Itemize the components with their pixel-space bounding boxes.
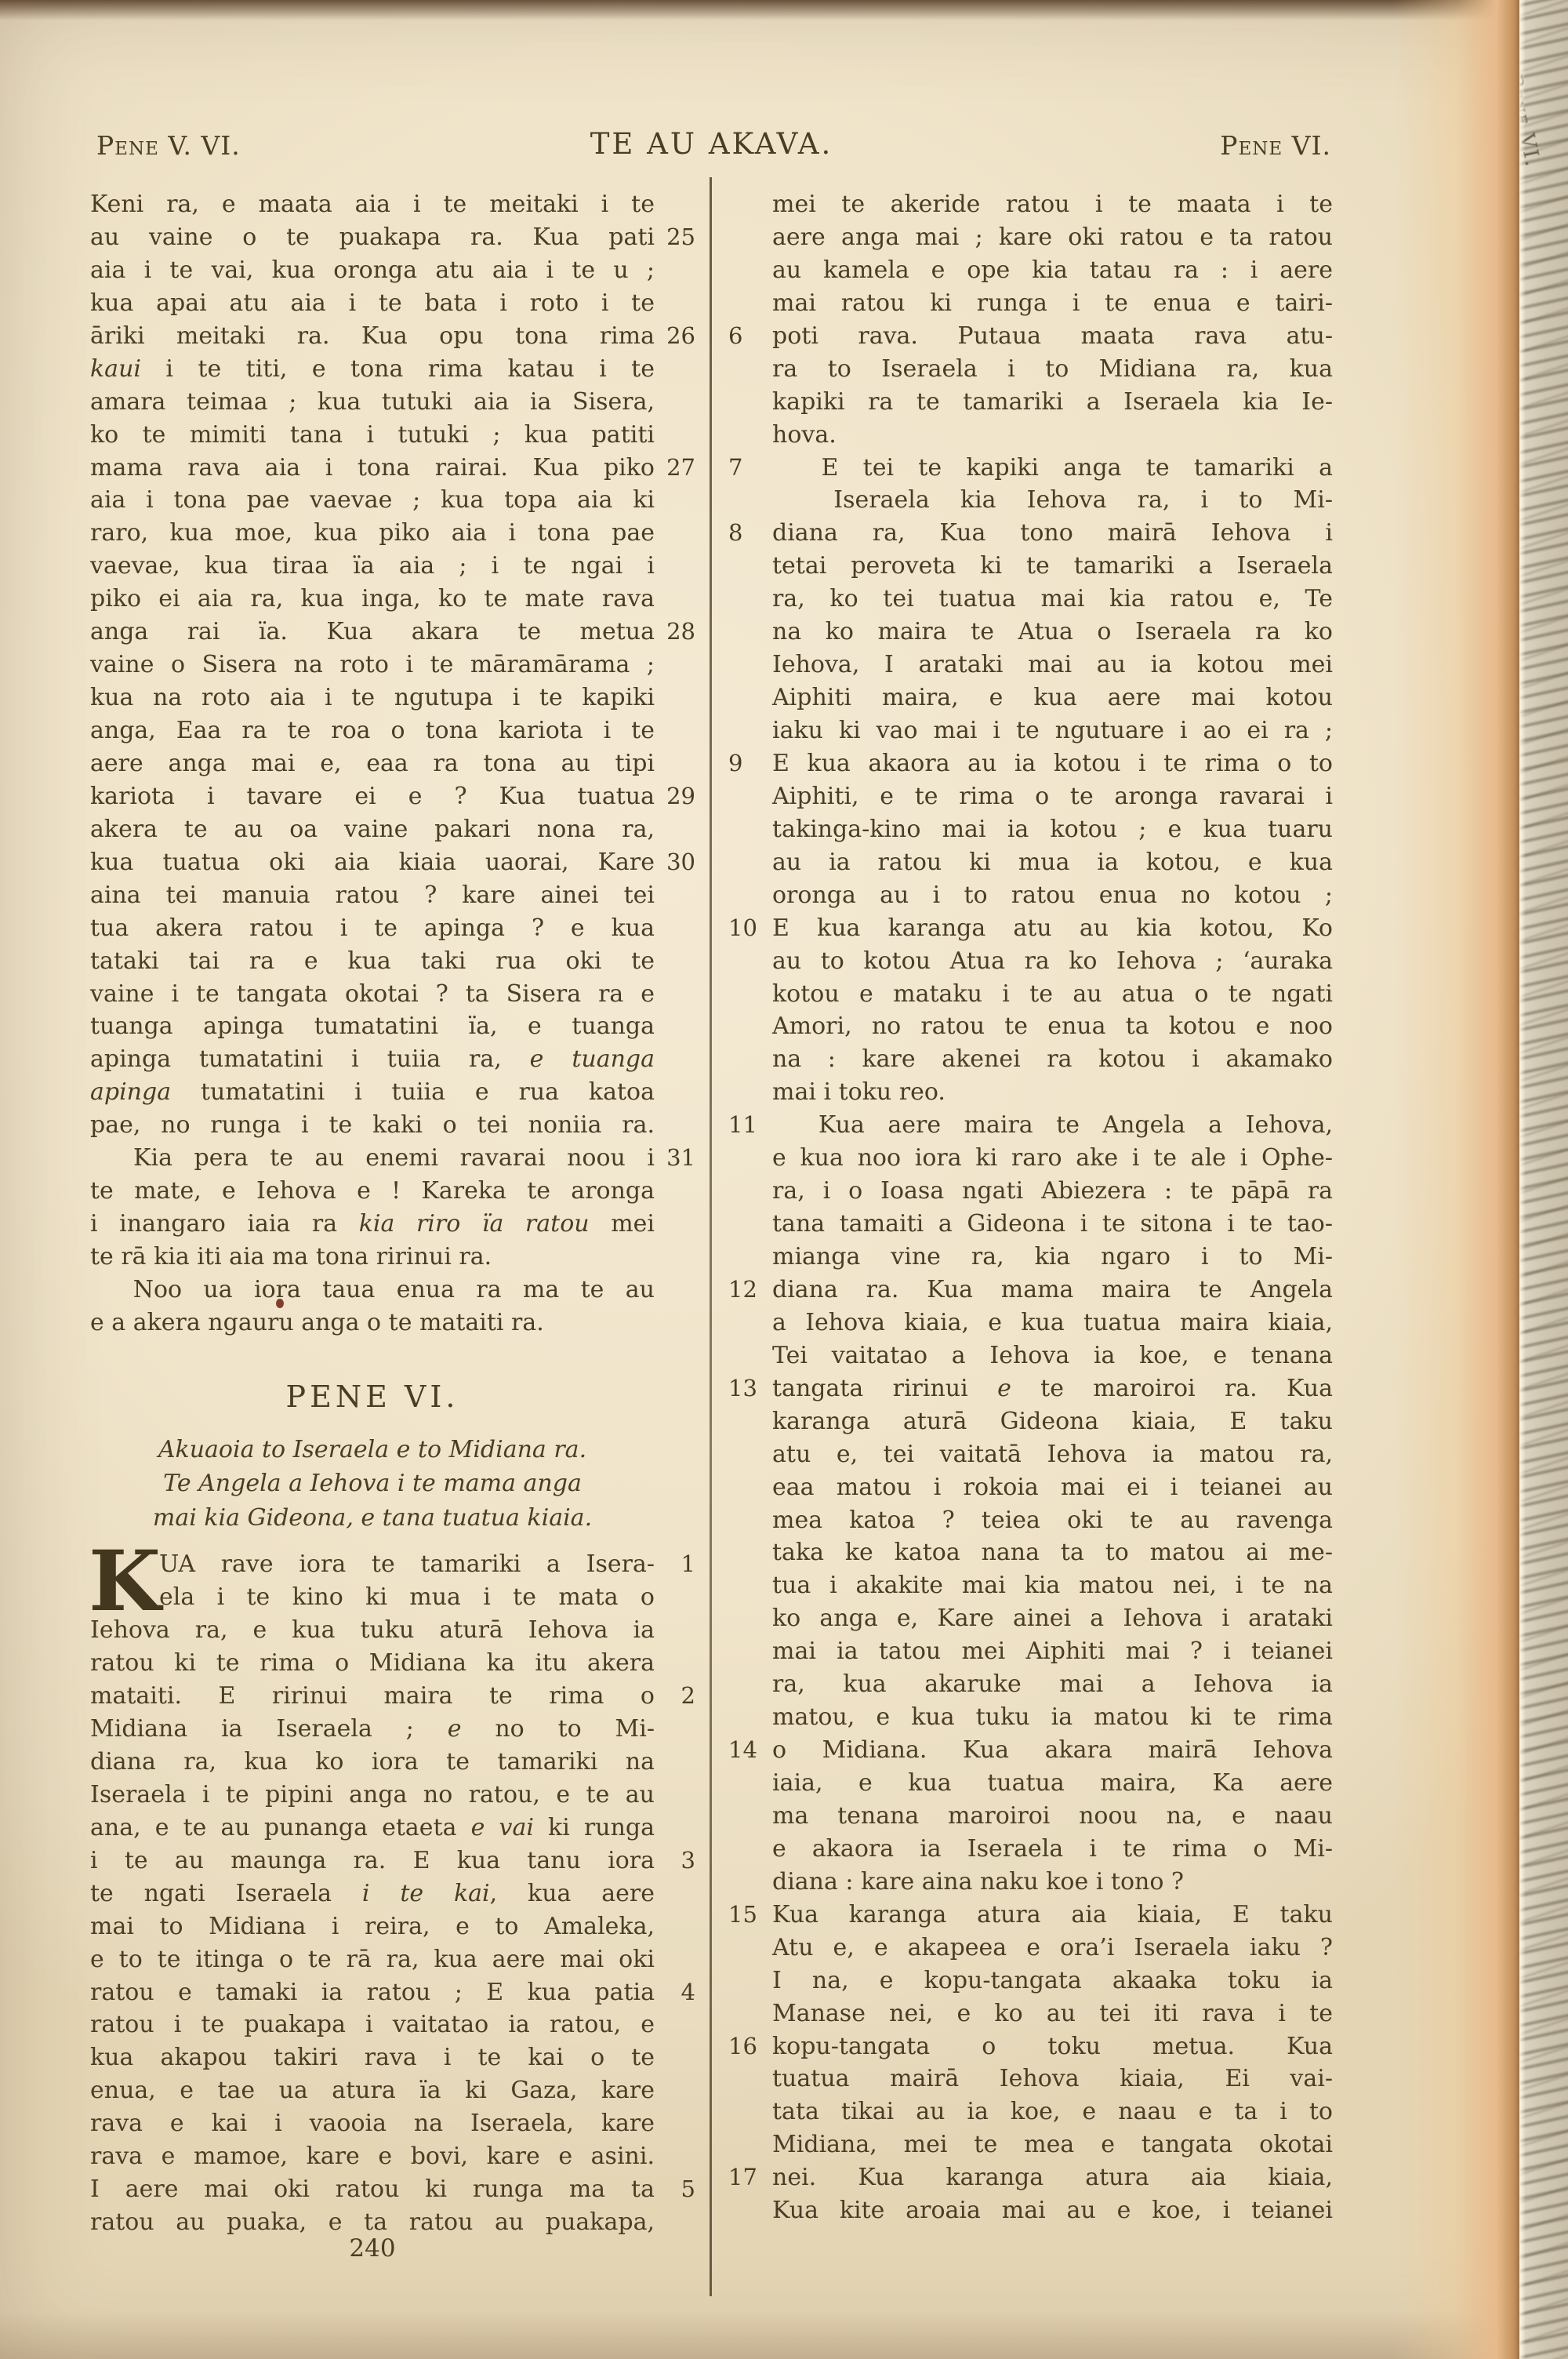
line-text: i inangaro iaia ra kia riro ïa ratou mei xyxy=(90,1210,655,1238)
text-line: kua apai atu aia i te bata i roto i te xyxy=(90,287,655,320)
line-text: mai i toku reo. xyxy=(772,1078,946,1106)
text-line: tata tikai au ia koe, e naau e ta i to xyxy=(772,2095,1333,2128)
text-line: ra to Iseraela i to Midiana ra, kua xyxy=(772,353,1333,386)
text-line: te rā kia iti aia ma tona ririnui ra. xyxy=(90,1241,655,1274)
text-line: 8diana ra, Kua tono mairā Iehova i xyxy=(772,517,1333,550)
text-line: a Iehova kiaia, e kua tuatua maira kiaia… xyxy=(772,1307,1333,1339)
text-line: Amori, no ratou te enua ta kotou e noo xyxy=(772,1010,1333,1043)
line-text: Amori, no ratou te enua ta kotou e noo xyxy=(772,1012,1333,1040)
verse-number: 16 xyxy=(728,2030,757,2063)
page-curve-shading xyxy=(1394,0,1519,2359)
line-text: mei te akeride ratou i te maata i te xyxy=(772,191,1333,218)
line-text: kotou e mataku i te au atua o te ngati xyxy=(772,980,1333,1008)
line-text: mea katoa ? teiea oki te au ravenga xyxy=(772,1507,1333,1534)
text-line: tataki tai ra e kua taki rua oki te xyxy=(90,945,655,978)
text-line: diana : kare aina naku koe i tono ? xyxy=(772,1866,1333,1899)
text-line: ana, e te au punanga etaeta e vai ki run… xyxy=(90,1812,655,1845)
text-line: ra, i o Ioasa ngati Abiezera : te pāpā r… xyxy=(772,1175,1333,1208)
text-line: Tei vaitatao a Iehova ia koe, e tenana xyxy=(772,1339,1333,1372)
line-text: Tei vaitatao a Iehova ia koe, e tenana xyxy=(772,1342,1333,1369)
text-line: takinga-kino mai ia kotou ; e kua tuaru xyxy=(772,813,1333,846)
line-text: Aiphiti, e te rima o te aronga ravarai i xyxy=(772,783,1333,810)
line-text: mai to Midiana i reira, e to Amaleka, xyxy=(90,1913,655,1940)
ghost-text: Pene VI. xyxy=(1519,72,1544,170)
text-line: 31 Kia pera te au enemi ravarai noou i xyxy=(90,1142,655,1175)
text-line: atu e, tei vaitatā Iehova ia matou ra, xyxy=(772,1438,1333,1471)
text-line: kua akapou takiri rava i te kai o te xyxy=(90,2041,655,2074)
line-text: I na, e kopu-tangata akaaka toku ia xyxy=(772,1967,1333,1994)
line-text: Iehova ra, e kua tuku aturā Iehova ia xyxy=(90,1616,655,1644)
text-line: e akaora ia Iseraela i te rima o Mi- xyxy=(772,1833,1333,1866)
line-text: Atu e, e akapeea e ora’i Iseraela iaku ? xyxy=(772,1934,1333,1961)
text-line: 26āriki meitaki ra. Kua opu tona rima xyxy=(90,320,655,353)
verse-number: 8 xyxy=(728,517,742,550)
text-line: hova. xyxy=(772,419,1333,452)
text-line: ela i te kino ki mua i te mata o xyxy=(90,1581,655,1614)
line-text: au to kotou Atua ra ko Iehova ; ʻauraka xyxy=(772,947,1333,975)
line-text: au kamela e ope kia tatau ra : i aere xyxy=(772,256,1333,284)
text-line: 5I aere mai oki ratou ki runga ma ta xyxy=(90,2173,655,2206)
text-line: te ngati Iseraela i te kai, kua aere xyxy=(90,1877,655,1910)
line-text: Manase nei, e ko au tei iti rava i te xyxy=(772,2000,1333,2027)
text-line: 2mataiti. E ririnui maira te rima o xyxy=(90,1680,655,1713)
verse-number: 5 xyxy=(681,2173,695,2206)
text-line: ratou i te puakapa i vaitatao ia ratou, … xyxy=(90,2008,655,2041)
line-text: tangata ririnui e te maroiroi ra. Kua xyxy=(772,1375,1333,1402)
text-line: enua, e tae ua atura ïa ki Gaza, kare xyxy=(90,2074,655,2107)
text-line: aere anga mai ; kare oki ratou e ta rato… xyxy=(772,221,1333,254)
text-line: ko anga e, Kare ainei a Iehova i arataki xyxy=(772,1602,1333,1635)
line-text: kua tuatua oki aia kiaia uaorai, Kare xyxy=(90,849,655,876)
line-text: Iseraela kia Iehova ra, i to Mi- xyxy=(772,486,1333,514)
line-text: ratou i te puakapa i vaitatao ia ratou, … xyxy=(90,2011,655,2038)
text-line: aina tei manuia ratou ? kare ainei tei xyxy=(90,879,655,912)
line-text: PENE VI. xyxy=(286,1379,459,1414)
text-line: apinga tumatatini i tuiia ra, e tuanga xyxy=(90,1043,655,1076)
line-text: aere anga mai ; kare oki ratou e ta rato… xyxy=(772,224,1333,251)
line-text: ra, i o Ioasa ngati Abiezera : te pāpā r… xyxy=(772,1177,1333,1205)
line-text: piko ei aia ra, kua inga, ko te mate rav… xyxy=(90,585,655,612)
line-text: karanga aturā Gideona kiaia, E taku xyxy=(772,1408,1333,1435)
line-text: matou, e kua tuku ia matou ki te rima xyxy=(772,1703,1333,1731)
text-line: amara teimaa ; kua tutuki aia ia Sisera, xyxy=(90,386,655,419)
verse-number: 14 xyxy=(728,1734,757,1767)
line-text: Kua karanga atura aia kiaia, E taku xyxy=(772,1901,1333,1928)
line-text: tetai peroveta ki te tamariki a Iseraela xyxy=(772,552,1333,580)
line-text: rava e mamoe, kare e bovi, kare e asini. xyxy=(90,2143,655,2170)
line-text: a Iehova kiaia, e kua tuatua maira kiaia… xyxy=(772,1309,1333,1336)
line-text: iaia, e kua tuatua maira, Ka aere xyxy=(772,1769,1333,1797)
line-text: ra, kua akaruke mai a Iehova ia xyxy=(772,1670,1333,1698)
line-text: mai ia tatou mei Aiphiti mai ? i teianei xyxy=(772,1637,1333,1665)
verse-number: 10 xyxy=(728,912,757,945)
line-text: te rā kia iti aia ma tona ririnui ra. xyxy=(90,1243,492,1270)
line-text: nei. Kua karanga atura aia kiaia, xyxy=(772,2164,1333,2191)
line-text: āriki meitaki ra. Kua opu tona rima xyxy=(90,322,655,350)
text-line: na : kare akenei ra kotou i akamako xyxy=(772,1043,1333,1076)
line-text: diana ra. Kua mama maira te Angela xyxy=(772,1276,1333,1303)
line-text: mai ratou ki runga i te enua e tairi- xyxy=(772,289,1333,317)
text-line: tua i akakite mai kia matou nei, i te na xyxy=(772,1569,1333,1602)
verse-number: 25 xyxy=(666,221,695,254)
column-divider-rule xyxy=(710,177,712,2296)
text-line: taka ke katoa nana ta to matou ai me- xyxy=(772,1536,1333,1569)
chapter-heading: PENE VI. xyxy=(90,1376,655,1417)
line-text: kopu-tangata o toku metua. Kua xyxy=(772,2033,1333,2060)
line-text: iaku ki vao mai i te ngutuare i ao ei ra… xyxy=(772,717,1333,744)
line-text: ma tenana maroiroi noou na, e naau xyxy=(772,1802,1333,1830)
book-page-photo: Pene V. VI. TE AU AKAVA. Pene VI. K Keni… xyxy=(0,0,1568,2359)
text-line: kaui i te titi, e tona rima katau i te xyxy=(90,353,655,386)
line-text: diana : kare aina naku koe i tono ? xyxy=(772,1868,1184,1896)
line-text: akera te au oa vaine pakari nona ra, xyxy=(90,816,655,843)
line-text: E kua karanga atu au kia kotou, Ko xyxy=(772,914,1333,942)
text-line: kotou e mataku i te au atua o te ngati xyxy=(772,978,1333,1011)
line-text: te ngati Iseraela i te kai, kua aere xyxy=(90,1880,655,1907)
line-text: Kua aere maira te Angela a Iehova, xyxy=(772,1111,1333,1139)
verse-number: 11 xyxy=(728,1109,757,1142)
text-line: 15Kua karanga atura aia kiaia, E taku xyxy=(772,1899,1333,1932)
text-line: iaia, e kua tuatua maira, Ka aere xyxy=(772,1767,1333,1800)
line-text: vaine i te tangata okotai ? ta Sisera ra… xyxy=(90,980,655,1008)
text-line: karanga aturā Gideona kiaia, E taku xyxy=(772,1405,1333,1438)
line-text: Midiana, mei te mea e tangata okotai xyxy=(772,2131,1333,2158)
text-line: eaa matou i rokoia mai ei i teianei au xyxy=(772,1471,1333,1504)
line-text: au vaine o te puakapa ra. Kua pati xyxy=(90,224,655,251)
line-text: ratou au puaka, e ta ratou au puakapa, xyxy=(90,2208,655,2236)
line-text: Iehova, I arataki mai au ia kotou mei xyxy=(772,651,1333,678)
text-line: rava e kai i vaooia na Iseraela, kare xyxy=(90,2107,655,2140)
line-text: e to te itinga o te rā ra, kua aere mai … xyxy=(90,1946,655,1973)
line-text: Akuaoia to Iseraela e to Midiana ra. xyxy=(158,1436,586,1463)
line-text: aia i tona pae vaevae ; kua topa aia ki xyxy=(90,486,655,514)
text-line: vaevae, kua tiraa ïa aia ; i te ngai i xyxy=(90,550,655,583)
text-line: aia i te vai, kua oronga atu aia i te u … xyxy=(90,254,655,287)
text-line: pae, no runga i te kaki o tei noniia ra. xyxy=(90,1109,655,1142)
text-line: Noo ua iora taua enua ra ma te au xyxy=(90,1274,655,1307)
text-line: au to kotou Atua ra ko Iehova ; ʻauraka xyxy=(772,945,1333,978)
text-line: ma tenana maroiroi noou na, e naau xyxy=(772,1800,1333,1833)
line-text: mianga vine ra, kia ngaro i to Mi- xyxy=(772,1243,1333,1270)
line-text: apinga tumatatini i tuiia ra, e tuanga xyxy=(90,1045,655,1073)
text-line: mai ia tatou mei Aiphiti mai ? i teianei xyxy=(772,1635,1333,1668)
verse-number: 31 xyxy=(666,1142,695,1175)
line-text: anga rai ïa. Kua akara te metua xyxy=(90,618,655,645)
line-text: tuanga apinga tumatatini ïa, e tuanga xyxy=(90,1012,655,1040)
line-text: au ia ratou ki mua ia kotou, e kua xyxy=(772,849,1333,876)
text-line: Aiphiti maira, e kua aere mai kotou xyxy=(772,682,1333,714)
line-text: enua, e tae ua atura ïa ki Gaza, kare xyxy=(90,2077,655,2104)
line-text: vaevae, kua tiraa ïa aia ; i te ngai i xyxy=(90,552,655,580)
line-text: i te au maunga ra. E kua tanu iora xyxy=(90,1847,655,1874)
text-line: 13tangata ririnui e te maroiroi ra. Kua xyxy=(772,1372,1333,1405)
text-line: 16kopu-tangata o toku metua. Kua xyxy=(772,2030,1333,2063)
line-text: raro, kua moe, kua piko aia i tona pae xyxy=(90,519,655,547)
line-text: ela i te kino ki mua i te mata o xyxy=(159,1583,655,1611)
text-line: e kua noo iora ki raro ake i te ale i Op… xyxy=(772,1142,1333,1175)
line-text: e kua noo iora ki raro ake i te ale i Op… xyxy=(772,1144,1333,1172)
line-text: ratou e tamaki ia ratou ; E kua patia xyxy=(90,1979,655,2006)
line-text: hova. xyxy=(772,421,837,449)
line-text: Keni ra, e maata aia i te meitaki i te xyxy=(90,191,655,218)
verse-number: 26 xyxy=(666,320,695,353)
text-line: 9E kua akaora au ia kotou i te rima o to xyxy=(772,747,1333,780)
text-line: e to te itinga o te rā ra, kua aere mai … xyxy=(90,1943,655,1976)
line-text: mataiti. E ririnui maira te rima o xyxy=(90,1682,655,1710)
ink-blemish xyxy=(276,1299,284,1308)
text-line: Midiana ia Iseraela ; e no to Mi- xyxy=(90,1713,655,1746)
line-text: tua akera ratou i te apinga ? e kua xyxy=(90,914,655,942)
line-text: ko te mimiti tana i tutuki ; kua patiti xyxy=(90,421,655,449)
line-text: ana, e te au punanga etaeta e vai ki run… xyxy=(90,1814,655,1841)
text-line: kapiki ra te tamariki a Iseraela kia Ie- xyxy=(772,386,1333,419)
line-text: tataki tai ra e kua taki rua oki te xyxy=(90,947,655,975)
text-line: e a akera ngauru anga o te mataiti ra. xyxy=(90,1307,655,1339)
text-line: Iehova, I arataki mai au ia kotou mei xyxy=(772,649,1333,682)
text-line: te mate, e Iehova e ! Kareka te aronga xyxy=(90,1175,655,1208)
line-text: ko anga e, Kare ainei a Iehova i arataki xyxy=(772,1605,1333,1632)
text-line: vaine o Sisera na roto i te māramārama ; xyxy=(90,649,655,682)
line-text: Aiphiti maira, e kua aere mai kotou xyxy=(772,684,1333,711)
text-line: tuanga apinga tumatatini ïa, e tuanga xyxy=(90,1010,655,1043)
line-text: E kua akaora au ia kotou i te rima o to xyxy=(772,750,1333,777)
line-text: e a akera ngauru anga o te mataiti ra. xyxy=(90,1309,544,1336)
text-line: iaku ki vao mai i te ngutuare i ao ei ra… xyxy=(772,714,1333,747)
verse-number: 27 xyxy=(666,452,695,485)
verse-number: 1 xyxy=(681,1548,695,1581)
text-line: aere anga mai e, eaa ra tona au tipi xyxy=(90,747,655,780)
text-line: tana tamaiti a Gideona i te sitona i te … xyxy=(772,1208,1333,1241)
text-line: 11 Kua aere maira te Angela a Iehova, xyxy=(772,1109,1333,1142)
line-text: tana tamaiti a Gideona i te sitona i te … xyxy=(772,1210,1333,1238)
chapter-summary-line: Te Angela a Iehova i te mama anga xyxy=(90,1467,655,1501)
text-line: oronga au i to ratou enua no kotou ; xyxy=(772,879,1333,912)
text-line: vaine i te tangata okotai ? ta Sisera ra… xyxy=(90,978,655,1011)
line-text: tata tikai au ia koe, e naau e ta i to xyxy=(772,2098,1333,2125)
verse-number: 12 xyxy=(728,1274,757,1307)
text-line: Manase nei, e ko au tei iti rava i te xyxy=(772,1997,1333,2030)
line-text: taka ke katoa nana ta to matou ai me- xyxy=(772,1539,1333,1566)
line-text: te mate, e Iehova e ! Kareka te aronga xyxy=(90,1177,655,1205)
line-text: Midiana ia Iseraela ; e no to Mi- xyxy=(90,1715,655,1743)
text-line: i inangaro iaia ra kia riro ïa ratou mei xyxy=(90,1208,655,1241)
line-text: kariota i tavare ei e ? Kua tuatua xyxy=(90,783,655,810)
line-text: Iseraela i te pipini anga no ratou, e te… xyxy=(90,1781,655,1808)
line-text: poti rava. Putaua maata rava atu- xyxy=(772,322,1333,350)
line-text: UA rave iora te tamariki a Isera- xyxy=(159,1550,655,1578)
text-line: Atu e, e akapeea e ora’i Iseraela iaku ? xyxy=(772,1932,1333,1965)
text-line: raro, kua moe, kua piko aia i tona pae xyxy=(90,517,655,550)
verse-number: 15 xyxy=(728,1899,757,1932)
verse-number: 6 xyxy=(728,320,742,353)
text-line: 14o Midiana. Kua akara mairā Iehova xyxy=(772,1734,1333,1767)
text-line: 17nei. Kua karanga atura aia kiaia, xyxy=(772,2161,1333,2194)
text-line: rava e mamoe, kare e bovi, kare e asini. xyxy=(90,2140,655,2173)
text-line: mei te akeride ratou i te maata i te xyxy=(772,188,1333,221)
verse-number: 17 xyxy=(728,2161,757,2194)
text-line: Midiana, mei te mea e tangata okotai xyxy=(772,2128,1333,2161)
line-text: E tei te kapiki anga te tamariki a xyxy=(772,454,1333,482)
verse-number: 30 xyxy=(666,846,695,879)
running-head: Pene V. VI. TE AU AKAVA. Pene VI. xyxy=(90,130,1333,166)
line-text: Kia pera te au enemi ravarai noou i xyxy=(90,1144,655,1172)
line-text: kua apai atu aia i te bata i roto i te xyxy=(90,289,655,317)
page-number: 240 xyxy=(90,2234,655,2263)
verse-number: 29 xyxy=(666,780,695,813)
text-line: 3i te au maunga ra. E kua tanu iora xyxy=(90,1845,655,1877)
line-text: tua i akakite mai kia matou nei, i te na xyxy=(772,1572,1333,1599)
line-text: apinga tumatatini i tuiia e rua katoa xyxy=(90,1078,655,1106)
text-line: akera te au oa vaine pakari nona ra, xyxy=(90,813,655,846)
line-text: tuatua mairā Iehova kiaia, Ei vai- xyxy=(772,2065,1333,2092)
text-line: 30kua tuatua oki aia kiaia uaorai, Kare xyxy=(90,846,655,879)
text-line: au ia ratou ki mua ia kotou, e kua xyxy=(772,846,1333,879)
text-line: aia i tona pae vaevae ; kua topa aia ki xyxy=(90,484,655,517)
text-line: tua akera ratou i te apinga ? e kua xyxy=(90,912,655,945)
chapter-summary-line: Akuaoia to Iseraela e to Midiana ra. xyxy=(90,1433,655,1467)
line-text: diana ra, kua ko iora te tamariki na xyxy=(90,1748,655,1776)
text-line: 28anga rai ïa. Kua akara te metua xyxy=(90,616,655,649)
line-text: mai kia Gideona, e tana tuatua kiaia. xyxy=(153,1504,592,1532)
text-line: kua na roto aia i te ngutupa i te kapiki xyxy=(90,682,655,714)
line-text: ra, ko tei tuatua mai kia ratou e, Te xyxy=(772,585,1333,612)
text-line: mai i toku reo. xyxy=(772,1076,1333,1109)
line-text: na ko maira te Atua o Iseraela ra ko xyxy=(772,618,1333,645)
chapter-summary-line: mai kia Gideona, e tana tuatua kiaia. xyxy=(90,1501,655,1536)
line-text: vaine o Sisera na roto i te māramārama ; xyxy=(90,651,655,678)
line-text: ra to Iseraela i to Midiana ra, kua xyxy=(772,355,1333,383)
text-line: mai ratou ki runga i te enua e tairi- xyxy=(772,287,1333,320)
text-line: 6poti rava. Putaua maata rava atu- xyxy=(772,320,1333,353)
verse-number: 13 xyxy=(728,1372,757,1405)
line-text: e akaora ia Iseraela i te rima o Mi- xyxy=(772,1835,1333,1863)
line-text: aere anga mai e, eaa ra tona au tipi xyxy=(90,750,655,777)
text-line: Keni ra, e maata aia i te meitaki i te xyxy=(90,188,655,221)
text-line: ratou ki te rima o Midiana ka itu akera xyxy=(90,1647,655,1680)
text-line: apinga tumatatini i tuiia e rua katoa xyxy=(90,1076,655,1109)
right-column: mei te akeride ratou i te maata i teaere… xyxy=(725,188,1333,2227)
line-text: aia i te vai, kua oronga atu aia i te u … xyxy=(90,256,655,284)
text-line: 1UA rave iora te tamariki a Isera- xyxy=(90,1548,655,1581)
text-line: diana ra, kua ko iora te tamariki na xyxy=(90,1746,655,1779)
line-text: I aere mai oki ratou ki runga ma ta xyxy=(90,2175,655,2203)
text-line: ra, ko tei tuatua mai kia ratou e, Te xyxy=(772,583,1333,616)
verse-number: 2 xyxy=(681,1680,695,1713)
fore-edge-pages: Pene VI. xyxy=(1519,0,1568,2359)
verse-number: 4 xyxy=(681,1976,695,2009)
line-text: aina tei manuia ratou ? kare ainei tei xyxy=(90,881,655,909)
line-text: rava e kai i vaooia na Iseraela, kare xyxy=(90,2110,655,2137)
text-line: mea katoa ? teiea oki te au ravenga xyxy=(772,1504,1333,1537)
text-line: tuatua mairā Iehova kiaia, Ei vai- xyxy=(772,2063,1333,2095)
text-line: mai to Midiana i reira, e to Amaleka, xyxy=(90,1910,655,1943)
line-text: kua akapou takiri rava i te kai o te xyxy=(90,2044,655,2071)
verse-number: 9 xyxy=(728,747,742,780)
line-text: takinga-kino mai ia kotou ; e kua tuaru xyxy=(772,816,1333,843)
text-line: na ko maira te Atua o Iseraela ra ko xyxy=(772,616,1333,649)
text-line: 12diana ra. Kua mama maira te Angela xyxy=(772,1274,1333,1307)
text-line: anga, Eaa ra te roa o tona kariota i te xyxy=(90,714,655,747)
text-line: au kamela e ope kia tatau ra : i aere xyxy=(772,254,1333,287)
left-column: K Keni ra, e maata aia i te meitaki i te… xyxy=(90,188,702,2239)
running-head-title: TE AU AKAVA. xyxy=(90,127,1333,161)
line-text: Noo ua iora taua enua ra ma te au xyxy=(90,1276,655,1303)
text-line: 25au vaine o te puakapa ra. Kua pati xyxy=(90,221,655,254)
line-text: mama rava aia i tona rairai. Kua piko xyxy=(90,454,655,482)
text-line: ko te mimiti tana i tutuki ; kua patiti xyxy=(90,419,655,452)
line-text: pae, no runga i te kaki o tei noniia ra. xyxy=(90,1111,655,1139)
line-text: eaa matou i rokoia mai ei i teianei au xyxy=(772,1474,1333,1501)
text-line: Kua kite aroaia mai au e koe, i teianei xyxy=(772,2194,1333,2227)
running-head-right: Pene VI. xyxy=(1220,130,1331,161)
line-text: kapiki ra te tamariki a Iseraela kia Ie- xyxy=(772,388,1333,416)
line-text: kaui i te titi, e tona rima katau i te xyxy=(90,355,655,383)
verse-number: 7 xyxy=(728,452,742,485)
line-text: kua na roto aia i te ngutupa i te kapiki xyxy=(90,684,655,711)
text-line: I na, e kopu-tangata akaaka toku ia xyxy=(772,1965,1333,1997)
line-text: Te Angela a Iehova i te mama anga xyxy=(163,1470,582,1497)
text-line: 4ratou e tamaki ia ratou ; E kua patia xyxy=(90,1976,655,2009)
line-text: anga, Eaa ra te roa o tona kariota i te xyxy=(90,717,655,744)
text-line: Iehova ra, e kua tuku aturā Iehova ia xyxy=(90,1614,655,1647)
text-line: piko ei aia ra, kua inga, ko te mate rav… xyxy=(90,583,655,616)
line-text: oronga au i to ratou enua no kotou ; xyxy=(772,881,1333,909)
line-text: amara teimaa ; kua tutuki aia ia Sisera, xyxy=(90,388,655,416)
text-line: matou, e kua tuku ia matou ki te rima xyxy=(772,1701,1333,1734)
text-line: mianga vine ra, kia ngaro i to Mi- xyxy=(772,1241,1333,1274)
line-text: na : kare akenei ra kotou i akamako xyxy=(772,1045,1333,1073)
verse-number: 28 xyxy=(666,616,695,649)
text-line: Iseraela kia Iehova ra, i to Mi- xyxy=(772,484,1333,517)
line-text: atu e, tei vaitatā Iehova ia matou ra, xyxy=(772,1441,1333,1468)
verse-number: 3 xyxy=(681,1845,695,1877)
text-line: 7 E tei te kapiki anga te tamariki a xyxy=(772,452,1333,485)
line-text: diana ra, Kua tono mairā Iehova i xyxy=(772,519,1333,547)
text-line: 10E kua karanga atu au kia kotou, Ko xyxy=(772,912,1333,945)
line-text: ratou ki te rima o Midiana ka itu akera xyxy=(90,1649,655,1677)
text-line: 27mama rava aia i tona rairai. Kua piko xyxy=(90,452,655,485)
line-text: o Midiana. Kua akara mairā Iehova xyxy=(772,1736,1333,1764)
text-line: 29kariota i tavare ei e ? Kua tuatua xyxy=(90,780,655,813)
text-line: Aiphiti, e te rima o te aronga ravarai i xyxy=(772,780,1333,813)
line-text: Kua kite aroaia mai au e koe, i teianei xyxy=(772,2197,1333,2224)
text-line: Iseraela i te pipini anga no ratou, e te… xyxy=(90,1779,655,1812)
text-line: tetai peroveta ki te tamariki a Iseraela xyxy=(772,550,1333,583)
text-line: ra, kua akaruke mai a Iehova ia xyxy=(772,1668,1333,1701)
